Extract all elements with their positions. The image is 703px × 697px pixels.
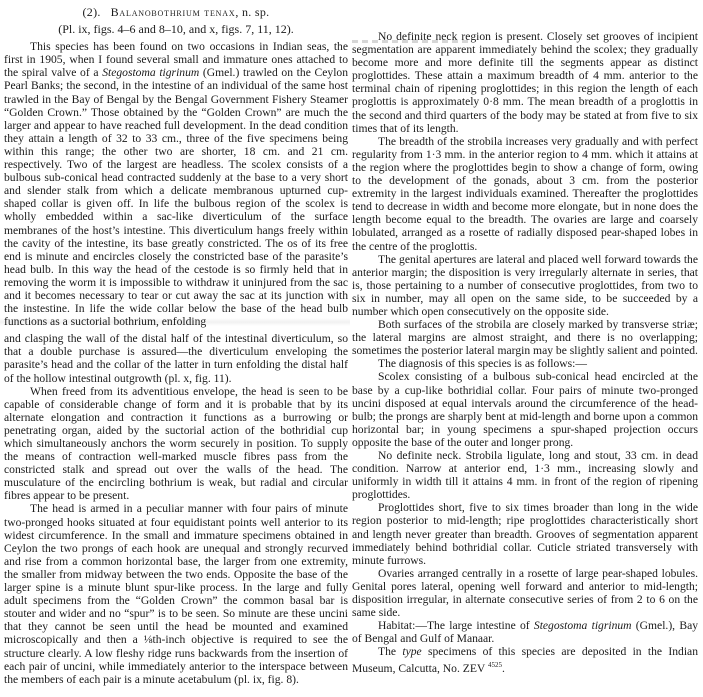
paragraph-strobila-surfaces: Both surfaces of the strobila are closel… (352, 318, 698, 357)
paragraph-strobila-breadth: The breadth of the strobila increases ve… (352, 135, 698, 253)
plate-references: (Pl. ix, figs. 4–6 and 8–10, and x, figs… (4, 23, 348, 36)
type-word: type (402, 645, 421, 658)
diagnosis-ovaries: Ovaries arranged centrally in a rosette … (352, 567, 698, 619)
species-number: (2). (83, 5, 101, 19)
left-column: (2). Balanobothrium tenax, n. sp. (Pl. i… (4, 0, 348, 686)
paragraph-intro-continued: and clasping the wall of the distal half… (4, 332, 348, 384)
type-specimen-note: The type specimens of this species are d… (352, 645, 698, 674)
right-column: No definite neck region is present. Clos… (352, 30, 698, 674)
species-suffix: , n. sp. (235, 5, 269, 19)
diagnosis-scolex: Scolex consisting of a bulbous sub-conic… (352, 370, 698, 449)
species-heading: (2). Balanobothrium tenax, n. sp. (4, 6, 348, 19)
paragraph-neck-region: No definite neck region is present. Clos… (352, 30, 698, 135)
diagnosis-habitat: Habitat:—The large intestine of Stegosto… (352, 619, 698, 645)
diagnosis-proglottides: Proglottides short, five to six times br… (352, 501, 698, 566)
document-page: (2). Balanobothrium tenax, n. sp. (Pl. i… (0, 0, 703, 697)
species-title: Balanobothrium tenax (111, 5, 236, 19)
specimen-number: 4525 (488, 661, 502, 669)
diagnosis-neck: No definite neck. Strobila ligulate, lon… (352, 449, 698, 501)
paragraph-genital-apertures: The genital apertures are lateral and pl… (352, 253, 698, 318)
paragraph-diagnosis-intro: The diagnosis of this species is as foll… (352, 357, 698, 370)
paragraph-intro: This species has been found on two occas… (4, 40, 348, 328)
host-species-name: Stegostoma tigrinum (534, 619, 632, 632)
paragraph-head-function: When freed from its adventitious envelop… (4, 385, 348, 503)
paragraph-head-armature: The head is armed in a peculiar manner w… (4, 502, 348, 685)
host-species-name: Stegostoma tigrinum (102, 66, 199, 79)
